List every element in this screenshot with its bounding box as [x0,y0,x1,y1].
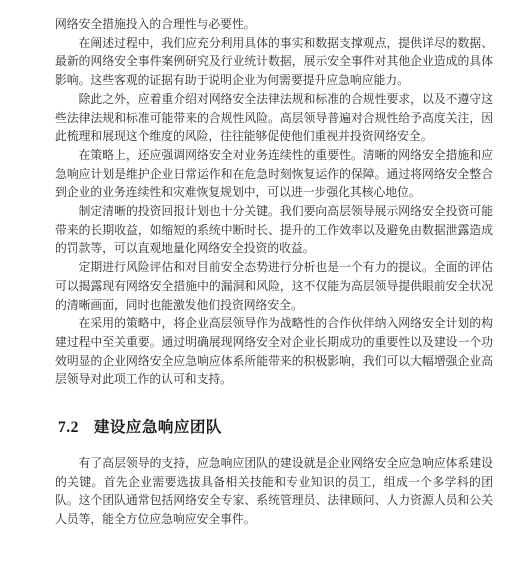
section-number: 7.2 [58,419,79,436]
paragraph-strategic-partner: 在采用的策略中，将企业高层领导作为战略性的合作伙伴纳入网络安全计划的构建过程中至… [55,314,493,389]
paragraph-compliance-risk: 除此之外，应着重介绍对网络安全法律法规和标准的合规性要求，以及不遵守这些法律法规… [55,90,493,146]
section-heading: 7.2建设应急响应团队 [58,418,493,438]
paragraph-business-continuity: 在策略上，还应强调网络安全对业务连续性的重要性。清晰的网络安全措施和应急响应计划… [55,146,493,202]
text-block: 网络安全措施投入的合理性与必要性。 在阐述过程中，我们应充分利用具体的事实和数据… [55,15,493,529]
paragraph-risk-assessment: 定期进行风险评估和对目前安全态势进行分析也是一个有力的提议。全面的评估可以揭露现… [55,258,493,314]
section-title: 建设应急响应团队 [94,419,222,436]
document-page: 网络安全措施投入的合理性与必要性。 在阐述过程中，我们应充分利用具体的事实和数据… [0,0,519,588]
paragraph-facts-and-data: 在阐述过程中，我们应充分利用具体的事实和数据支撑观点，提供详尽的数据、最新的网络… [55,34,493,90]
paragraph-roi-plan: 制定清晰的投资回报计划也十分关键。我们要向高层领导展示网络安全投资可能带来的长期… [55,202,493,258]
paragraph-continuation: 网络安全措施投入的合理性与必要性。 [55,15,493,34]
paragraph-team-building: 有了高层领导的支持，应急响应团队的建设就是企业网络安全应急响应体系建设的关键。首… [55,454,493,529]
